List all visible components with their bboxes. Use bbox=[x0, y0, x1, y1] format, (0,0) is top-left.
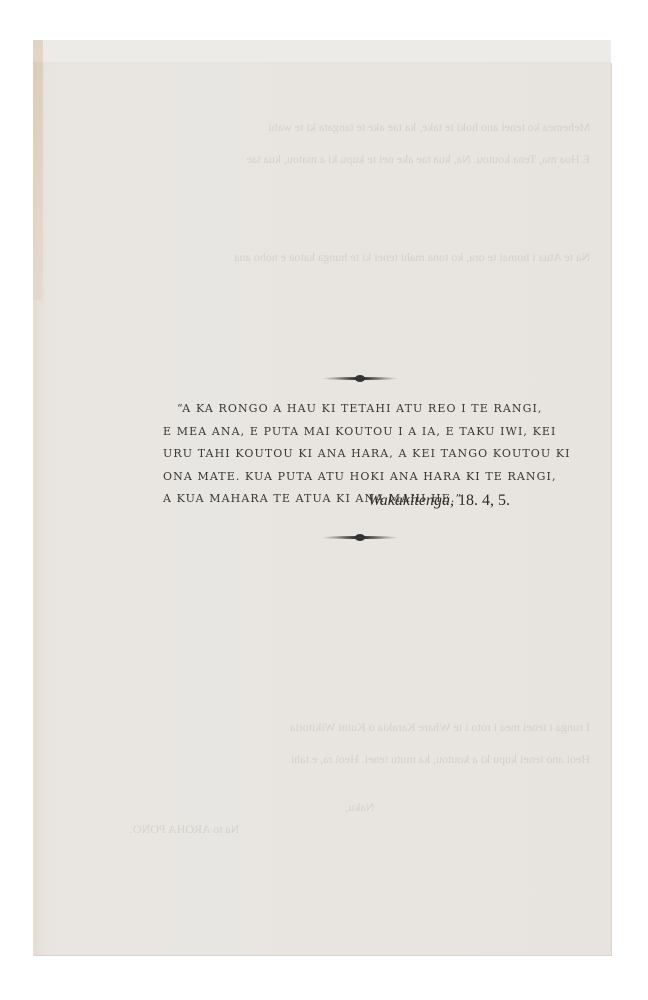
ornament-rule-bottom bbox=[322, 536, 398, 539]
bleed-through-text: Mehemea ko tenei ano hoki te take, ka ta… bbox=[130, 120, 590, 135]
bleed-through-text: Naku, bbox=[130, 800, 590, 815]
foxing-stain bbox=[33, 40, 43, 300]
bleed-through-text: I runga i tenei mea i roto i te Whare Ka… bbox=[130, 720, 590, 735]
quote-line: URU TAHI KOUTOU KI ANA HARA, A KEI TANGO… bbox=[163, 443, 469, 466]
bleed-through-text: E Hoa ma, Tena koutou. Na, kua tae ake n… bbox=[130, 152, 590, 167]
quote-line: ONA MATE. KUA PUTA ATU HOKI ANA HARA KI … bbox=[163, 466, 469, 489]
ornament-rule-top bbox=[322, 377, 398, 380]
citation: Wakakitenga, 18. 4, 5. bbox=[360, 492, 510, 510]
bleed-through-text: Heoi ano tenei kupu ki a koutou, ka mutu… bbox=[130, 752, 590, 767]
citation-reference: 18. 4, 5. bbox=[458, 492, 510, 509]
bleed-through-text: Na to AROHA PONO. bbox=[130, 822, 590, 837]
quote-line: “A KA RONGO A HAU KI TETAHI ATU REO I TE… bbox=[163, 398, 469, 421]
paper-top-edge bbox=[33, 40, 611, 63]
bleed-through-text: Na te Atua i homai te ora, ko tona mahi … bbox=[130, 250, 590, 265]
quote-line: E MEA ANA, E PUTA MAI KOUTOU I A IA, E T… bbox=[163, 421, 469, 444]
citation-book: Wakakitenga, bbox=[368, 492, 454, 509]
